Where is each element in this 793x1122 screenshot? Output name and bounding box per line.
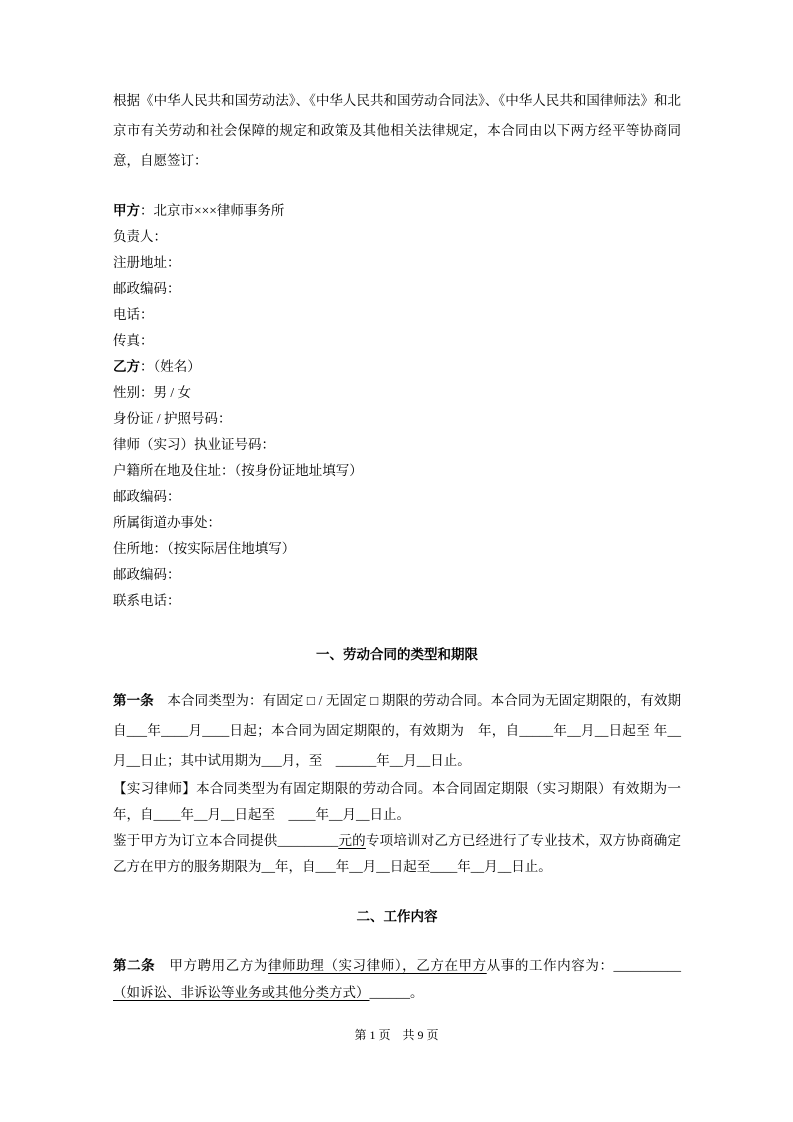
party-b-field-line: 户籍所在地及住址：（按身份证地址填写） (113, 458, 681, 484)
article-1-paragraph: 第一条 本合同类型为：有固定 □ / 无固定 □ 期限的劳动合同。本合同为无固定… (113, 686, 681, 776)
text-run: （如诉讼、非诉讼等业务或其他分类方式） (113, 985, 370, 1000)
section-1-heading: 一、劳动合同的类型和期限 (113, 640, 681, 670)
party-b-field-line: 住所地：（按实际居住地填写） (113, 536, 681, 562)
party-a-name: ：北京市×××律师事务所 (140, 203, 284, 218)
party-b-field-line: 律师（实习）执业证号码： (113, 432, 681, 458)
party-b-label: 乙方 (113, 359, 140, 374)
party-a-field-line: 负责人： (113, 224, 681, 250)
text-run: __________ (614, 958, 682, 973)
preamble-paragraph: 根据《中华人民共和国劳动法》、《中华人民共和国劳动合同法》、《中华人民共和国律师… (113, 86, 681, 176)
text-run: 。 (410, 985, 424, 1000)
party-b-field-line: 所属街道办事处： (113, 510, 681, 536)
document-content: 根据《中华人民共和国劳动法》、《中华人民共和国劳动合同法》、《中华人民共和国律师… (0, 0, 793, 1006)
page-number-footer: 第 1 页 共 9 页 (0, 1026, 793, 1044)
party-b-title: 乙方：（姓名） (113, 354, 681, 380)
text-run: 【实习律师】本合同类型为有固定期限的劳动合同。本合同固定期限（实习期限）有效期为… (113, 781, 681, 822)
party-a-field-line: 电话： (113, 302, 681, 328)
text-run: _________ (278, 833, 339, 848)
text-run: ______ (370, 985, 411, 1000)
parties-block: 甲方：北京市×××律师事务所 负责人：注册地址：邮政编码：电话：传真： 乙方：（… (113, 198, 681, 614)
party-a-fields: 负责人：注册地址：邮政编码：电话：传真： (113, 224, 681, 354)
text-run: 本合同类型为：有固定 □ / 无固定 □ 期限的劳动合同。本合同为无固定期限的，… (113, 693, 681, 768)
section-2-heading: 二、工作内容 (113, 902, 681, 932)
contract-document-page: 根据《中华人民共和国劳动法》、《中华人民共和国劳动合同法》、《中华人民共和国律师… (0, 0, 793, 1122)
party-b-field-line: 邮政编码： (113, 562, 681, 588)
text-run: 第二条 (113, 958, 155, 973)
party-a-label: 甲方 (113, 203, 140, 218)
party-a-field-line: 注册地址： (113, 250, 681, 276)
text-run: 从事的工作内容为： (487, 958, 614, 973)
intern-lawyer-clause: 【实习律师】本合同类型为有固定期限的劳动合同。本合同固定期限（实习期限）有效期为… (113, 776, 681, 828)
party-b-field-line: 性别：男 / 女 (113, 380, 681, 406)
party-a-field-line: 传真： (113, 328, 681, 354)
text-run: 鉴于甲方为订立本合同提供 (113, 833, 278, 848)
party-b-name: ：（姓名） (140, 359, 201, 374)
party-a-title: 甲方：北京市×××律师事务所 (113, 198, 681, 224)
text-run: 甲方聘用乙方为 (155, 958, 268, 973)
party-b-fields: 性别：男 / 女身份证 / 护照号码：律师（实习）执业证号码：户籍所在地及住址：… (113, 380, 681, 614)
text-run: 元的 (338, 833, 366, 848)
training-service-clause: 鉴于甲方为订立本合同提供_________元的专项培训对乙方已经进行了专业技术，… (113, 828, 681, 880)
party-b-field-line: 邮政编码： (113, 484, 681, 510)
text-run: 律师助理（实习律师），乙方在甲方 (268, 958, 487, 973)
party-a-field-line: 邮政编码： (113, 276, 681, 302)
article-2-paragraph: 第二条 甲方聘用乙方为律师助理（实习律师），乙方在甲方从事的工作内容为：____… (113, 952, 681, 1006)
party-b-field-line: 联系电话： (113, 588, 681, 614)
party-b-field-line: 身份证 / 护照号码： (113, 406, 681, 432)
text-run: 第一条 (113, 693, 154, 708)
